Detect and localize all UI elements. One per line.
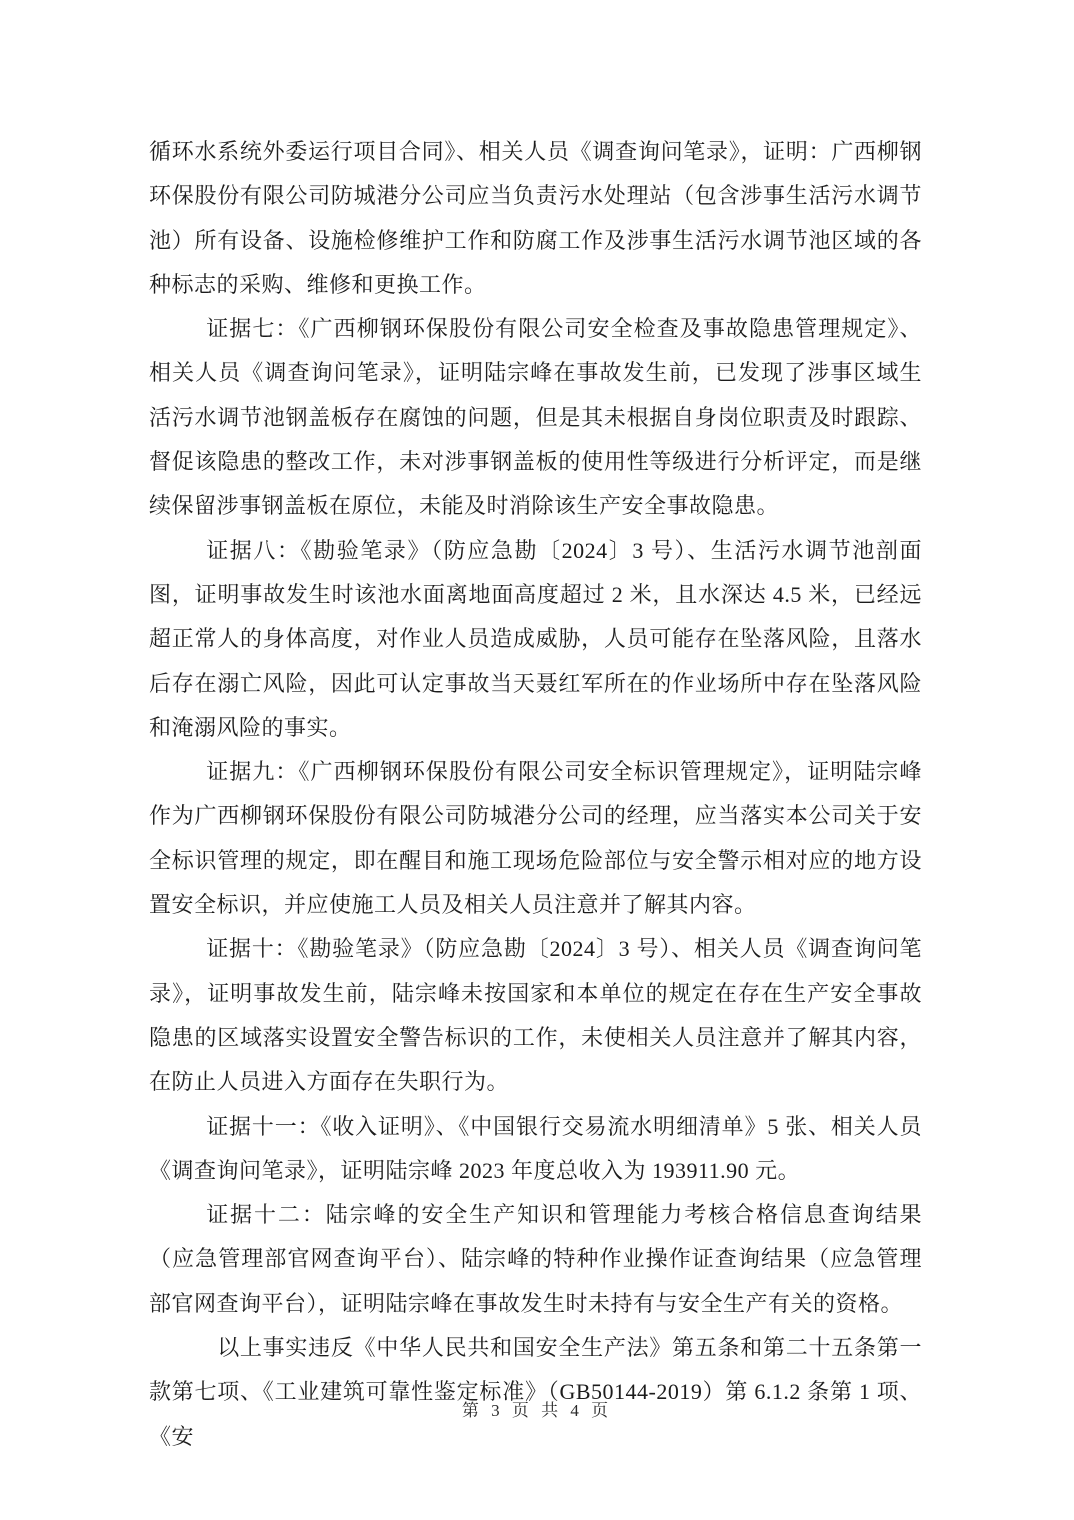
page-number-footer: 第 3 页 共 4 页: [0, 1396, 1074, 1421]
continuation-paragraph: 循环水系统外委运行项目合同》、相关人员《调查询问笔录》，证明：广西柳钢环保股份有…: [149, 130, 922, 307]
evidence-8-paragraph: 证据八：《勘验笔录》（防应急勘〔2024〕3 号）、生活污水调节池剖面图，证明事…: [149, 529, 922, 750]
conclusion-paragraph: 以上事实违反《中华人民共和国安全生产法》第五条和第二十五条第一款第七项、《工业建…: [149, 1326, 922, 1459]
evidence-12-paragraph: 证据十二：陆宗峰的安全生产知识和管理能力考核合格信息查询结果（应急管理部官网查询…: [149, 1193, 922, 1326]
evidence-7-paragraph: 证据七：《广西柳钢环保股份有限公司安全检查及事故隐患管理规定》、相关人员《调查询…: [149, 307, 922, 528]
document-body: 循环水系统外委运行项目合同》、相关人员《调查询问笔录》，证明：广西柳钢环保股份有…: [149, 130, 922, 1459]
evidence-9-paragraph: 证据九：《广西柳钢环保股份有限公司安全标识管理规定》，证明陆宗峰作为广西柳钢环保…: [149, 750, 922, 927]
evidence-11-paragraph: 证据十一：《收入证明》、《中国银行交易流水明细清单》5 张、相关人员《调查询问笔…: [149, 1105, 922, 1194]
document-page: 循环水系统外委运行项目合同》、相关人员《调查询问笔录》，证明：广西柳钢环保股份有…: [0, 0, 1074, 1520]
evidence-10-paragraph: 证据十：《勘验笔录》（防应急勘〔2024〕3 号）、相关人员《调查询问笔录》，证…: [149, 927, 922, 1104]
